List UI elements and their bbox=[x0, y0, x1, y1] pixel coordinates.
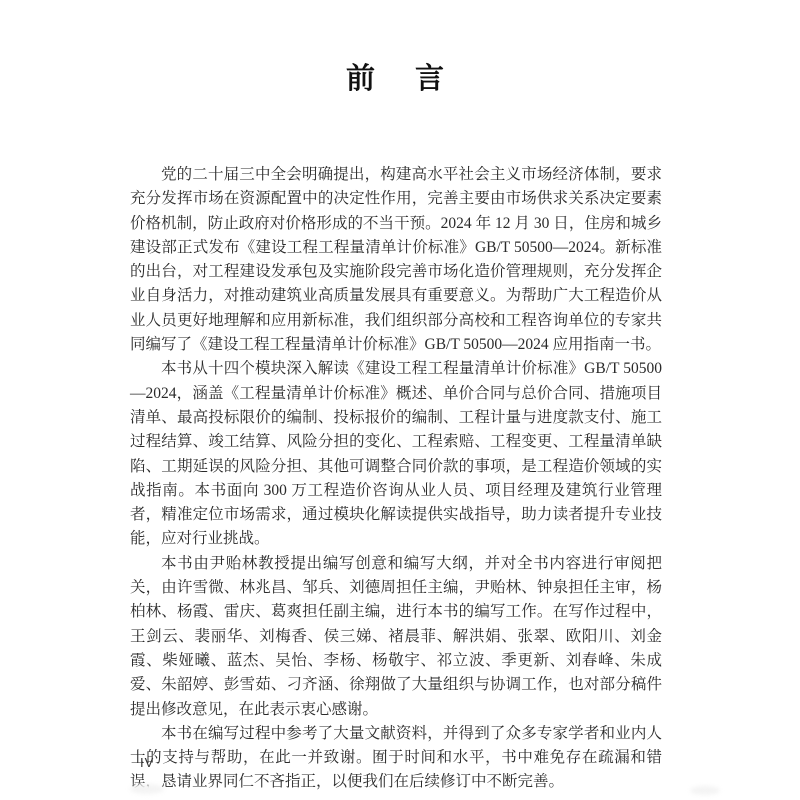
paragraph-4: 本书在编写过程中参考了大量文献资料，并得到了众多专家学者和业内人士的支持与帮助，… bbox=[130, 722, 662, 795]
paragraph-3: 本书由尹贻林教授提出编写创意和编写大纲，并对全书内容进行审阅把关，由许雪微、林兆… bbox=[130, 552, 662, 722]
scan-artifact bbox=[690, 786, 720, 795]
paragraph-2: 本书从十四个模块深入解读《建设工程工程量清单计价标准》GB/T 50500—20… bbox=[130, 357, 662, 551]
paragraph-1: 党的二十届三中全会明确提出，构建高水平社会主义市场经济体制，要求充分发挥市场在资… bbox=[130, 163, 662, 357]
scan-artifact bbox=[130, 784, 164, 794]
preface-body: 党的二十届三中全会明确提出，构建高水平社会主义市场经济体制，要求充分发挥市场在资… bbox=[130, 163, 662, 795]
page-footer: IV bbox=[140, 754, 154, 772]
page-number: IV bbox=[140, 755, 154, 770]
document-page: 前 言 党的二十届三中全会明确提出，构建高水平社会主义市场经济体制，要求充分发挥… bbox=[0, 0, 800, 800]
page-title: 前 言 bbox=[130, 56, 662, 97]
